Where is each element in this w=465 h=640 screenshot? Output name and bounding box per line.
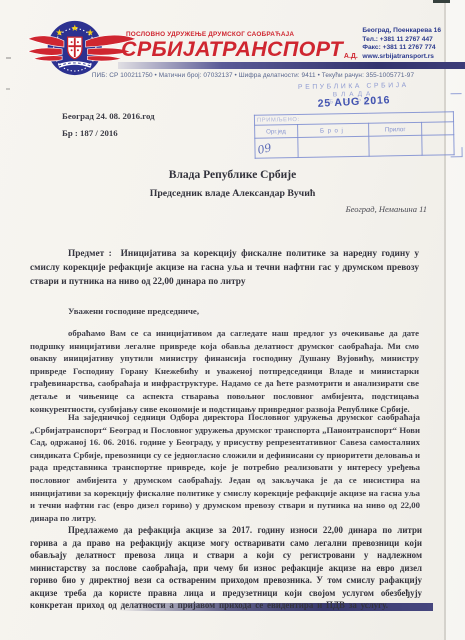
letterhead-divider-bar [118, 62, 465, 69]
contact-phone: Тел.: +381 11 2767 447 [362, 36, 441, 45]
stamp-city-row: БЕОГРАД 25 AUG 2016 [254, 97, 454, 112]
scan-corner-artifact [433, 0, 450, 3]
handwritten-mark: 09 [256, 141, 273, 157]
letter-meta-block: Београд 24. 08. 2016.год Бр : 187 / 2016 [62, 111, 155, 138]
company-name: СРБИЈАТРАНСПОРТ [121, 37, 343, 61]
scan-left-mark [6, 88, 10, 90]
body-paragraph-1: обраћамо Вам се са иницијативом да сагле… [30, 327, 419, 415]
stamp-date: 25 AUG 2016 [317, 94, 390, 110]
body-paragraph-3: Предлажемо да рефакција акцизе за 2017. … [30, 524, 422, 612]
stamp-col-orgjed: Орг.јед [255, 124, 298, 138]
registry-info-line: ПИБ: СР 100211750 • Матични број: 070321… [55, 72, 451, 79]
recipient-address: Београд, Немањина 11 [346, 204, 427, 214]
letter-number: Бр : 187 / 2016 [62, 128, 155, 138]
recipient-institution: Влада Републике Србије [0, 169, 465, 181]
letter-city-date: Београд 24. 08. 2016.год [62, 111, 155, 121]
contact-website: www.srbijatransport.rs [362, 53, 441, 62]
government-received-stamp: РЕПУБЛИКА СРБИЈА ВЛАДА БЕОГРАД 25 AUG 20… [253, 81, 454, 158]
stamp-corner-mark [451, 93, 462, 100]
contact-address: Београд, Поенкарева 16 [362, 27, 441, 36]
contact-fax: Факс: +381 11 2767 774 [362, 44, 441, 53]
stamp-corner-mark [450, 147, 462, 157]
svg-text:★: ★ [55, 28, 63, 38]
stamp-col-extra [421, 122, 454, 136]
stamp-handwritten-cell: 09 [255, 137, 298, 158]
subject-paragraph: Предмет : Иницијатива за корекцију фиска… [30, 247, 419, 289]
stamp-table: ПРИМЉЕНО: Орг.јед Број Прилог 09 [254, 111, 455, 158]
scanned-letter-page: ★ ★ ★ ПОСЛОВНО УДРУЖЕЊЕ ДРУМСКОГ САОБРАЋ… [0, 0, 465, 640]
company-legal-suffix: А.Д. [344, 53, 358, 60]
contact-block: Београд, Поенкарева 16 Тел.: +381 11 276… [362, 27, 441, 62]
scan-left-mark [6, 57, 11, 59]
stamp-col-broj: Број [297, 123, 369, 137]
stamp-col-prilog: Прилог [369, 122, 422, 136]
svg-text:★: ★ [71, 24, 79, 34]
svg-text:★: ★ [86, 28, 94, 38]
recipient-person: Председник владе Александар Вучић [0, 188, 465, 199]
body-paragraph-2: На заједничкој седници Одбора директора … [30, 411, 420, 524]
company-title-row: СРБИЈАТРАНСПОРТА.Д. [121, 37, 358, 62]
salutation: Уважени господине председниче, [30, 306, 419, 316]
subject-label: Предмет : [68, 249, 112, 259]
